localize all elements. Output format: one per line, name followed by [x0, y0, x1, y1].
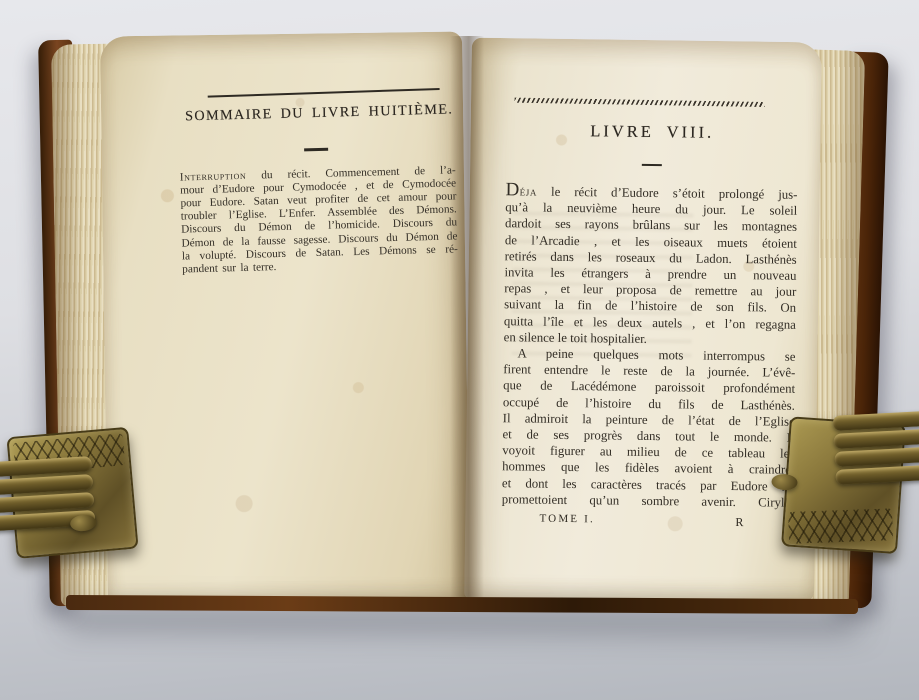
- right-clasp-hand-fingers: [833, 407, 919, 488]
- left-brass-page-holder: [0, 414, 154, 586]
- paragraph1-first-line-rest: le récit d’Eudore s’étoit prolongé jus-: [537, 185, 798, 202]
- book-summary-paragraph: Interruption du récit. Commencement de l…: [180, 164, 459, 277]
- left-heading-dash: [304, 148, 328, 151]
- signature-mark: R: [735, 515, 743, 530]
- left-page-heading: SOMMAIRE DU LIVRE HUITIÈME.: [172, 101, 458, 125]
- summary-lead-word: Interruption: [180, 169, 247, 183]
- book-photograph: SOMMAIRE DU LIVRE HUITIÈME. Interruption…: [0, 0, 919, 700]
- chapter-heading-dash: [642, 163, 662, 166]
- right-page-content: LIVRE VIII. Déja le récit d’Eudore s’éto…: [501, 98, 798, 532]
- right-clasp-crosshatch-cuff: [788, 508, 893, 544]
- chapter-heading: LIVRE VIII.: [506, 120, 798, 144]
- paragraph1-initial: D: [505, 179, 519, 200]
- tome-label: TOME I.: [539, 513, 595, 526]
- right-brass-page-holder: [767, 396, 919, 591]
- paragraph1-lead: éja: [520, 184, 537, 198]
- chapter-body-text: Déja le récit d’Eudore s’étoit prolongé …: [502, 183, 798, 511]
- paragraph2-middle-lines: firent entendre le reste de la journée. …: [502, 361, 796, 510]
- paragraph1-middle-lines: qu’à la neuvième heure du jour. Le solei…: [504, 199, 798, 332]
- left-page-content: SOMMAIRE DU LIVRE HUITIÈME. Interruption…: [172, 88, 463, 277]
- bottom-cover-edge: [66, 595, 858, 614]
- summary-middle-lines: mour d’Eudore pour Cymodocée , et de Cym…: [180, 177, 458, 263]
